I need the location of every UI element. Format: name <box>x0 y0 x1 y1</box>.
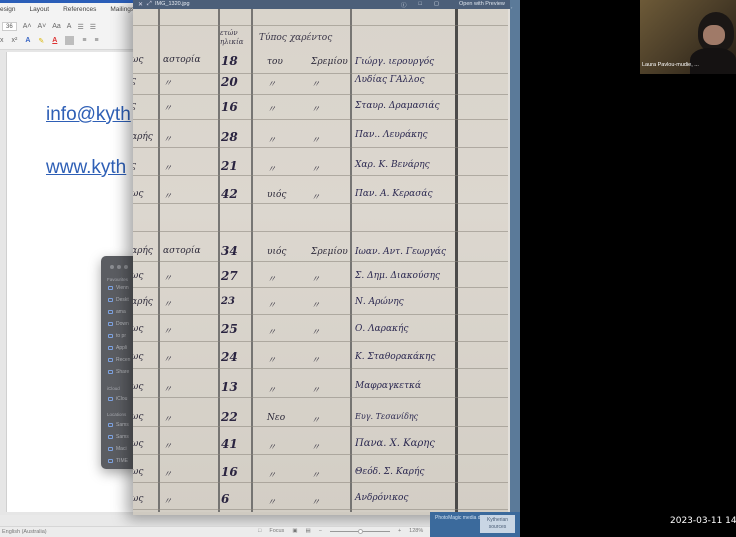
finder-item[interactable]: Appli <box>108 345 127 351</box>
align-right-icon[interactable]: ≡ <box>94 37 98 44</box>
row-divider <box>133 287 508 288</box>
finder-item[interactable]: Down <box>108 321 129 327</box>
finder-item[interactable]: Sams <box>108 434 129 440</box>
finder-item[interactable]: ama <box>108 309 126 315</box>
screen-share-view: esign Layout References Mailings Rev 36 … <box>0 0 736 537</box>
open-with-preview-button[interactable]: Open with Preview <box>459 1 505 7</box>
share-icon[interactable]: □ <box>419 1 422 9</box>
print-layout-icon[interactable]: ▣ <box>292 528 297 534</box>
fullscreen-icon[interactable]: ⤢ <box>147 1 152 8</box>
row-divider <box>133 94 508 95</box>
icloud-icon <box>108 397 113 401</box>
font-size-select[interactable]: 36 <box>2 22 17 31</box>
bullets-icon[interactable]: ☰ <box>77 23 83 31</box>
highlight-icon[interactable]: ✎ <box>38 37 44 45</box>
finder-section-icloud: iCloud <box>107 386 120 391</box>
finder-item[interactable]: iClou <box>108 396 127 402</box>
align-left-icon[interactable] <box>65 36 74 45</box>
close-icon[interactable]: ✕ <box>138 1 143 8</box>
row-divider <box>133 231 508 232</box>
minimize-dot-icon[interactable] <box>117 265 121 269</box>
relation-column-header: Τύπος χαρέντος <box>259 33 332 43</box>
finder-item[interactable]: Recen <box>108 357 130 363</box>
row-divider <box>133 341 508 342</box>
clear-formatting-icon[interactable]: A <box>67 23 72 30</box>
ribbon-format-row: x x² A ✎ A ≡ ≡ <box>0 36 99 45</box>
row-divider <box>133 314 508 315</box>
row-divider <box>133 175 508 176</box>
folder-icon <box>108 286 113 290</box>
participant-video-tile[interactable]: Laura Pavlou-mudie, ... <box>640 0 736 74</box>
close-dot-icon[interactable] <box>110 265 114 269</box>
website-link[interactable]: www.kyth <box>46 157 126 179</box>
row-divider <box>133 119 508 120</box>
row-divider <box>133 25 508 26</box>
recents-icon <box>108 358 113 362</box>
row-divider <box>133 147 508 148</box>
finder-section-favourites: Favourites <box>107 277 128 282</box>
drive-icon <box>108 459 113 463</box>
finder-item[interactable]: Maci <box>108 446 127 452</box>
kytherian-sources-button[interactable]: Kytherian sources <box>480 515 515 533</box>
zoom-out-button[interactable]: − <box>319 528 322 534</box>
row-divider <box>133 203 508 204</box>
row-divider <box>133 454 508 455</box>
zoom-slider[interactable] <box>330 531 390 532</box>
participant-body <box>690 48 736 74</box>
row-divider <box>133 397 508 398</box>
tab-layout[interactable]: Layout <box>30 6 50 18</box>
shared-screen: esign Layout References Mailings Rev 36 … <box>0 0 520 537</box>
strip-mark: › <box>511 5 512 10</box>
age-column-header: ετών ηλικία <box>220 29 250 47</box>
window-controls <box>110 265 128 269</box>
row-divider <box>133 482 508 483</box>
superscript-icon[interactable]: x² <box>12 37 18 44</box>
zoom-dot-icon[interactable] <box>124 265 128 269</box>
finder-item[interactable]: Sams <box>108 422 129 428</box>
info-icon[interactable]: ⓘ <box>401 1 407 9</box>
finder-item[interactable]: to pr <box>108 333 126 339</box>
downloads-icon <box>108 322 113 326</box>
font-color-icon[interactable]: A <box>52 37 57 44</box>
focus-icon[interactable]: □ <box>258 528 261 534</box>
row-divider <box>133 73 508 74</box>
change-case-icon[interactable]: Aa <box>52 23 61 30</box>
web-layout-icon[interactable]: ▤ <box>306 528 311 534</box>
right-scroll-strip[interactable]: › <box>510 0 520 515</box>
user-folder-icon <box>108 310 113 314</box>
desktop-shortcuts: PhotoMagic media data Kytherian sources <box>430 512 520 537</box>
row-divider <box>133 368 508 369</box>
finder-item[interactable]: Share <box>108 369 129 375</box>
preview-toolbar: ⓘ □ ▢ <box>401 1 439 9</box>
drive-icon <box>108 435 113 439</box>
applications-icon <box>108 346 113 350</box>
recording-timestamp: 2023-03-11 14:5 <box>670 516 736 526</box>
drive-icon <box>108 447 113 451</box>
finder-item[interactable]: Deskt <box>108 297 129 303</box>
row-divider <box>133 261 508 262</box>
row-divider <box>133 426 508 427</box>
titlebar-icons: ✕ ⤢ <box>138 1 152 8</box>
subscript-icon[interactable]: x <box>0 37 4 44</box>
preview-window: ✕ ⤢ IMG_1320.jpg ⓘ □ ▢ Open with Preview <box>133 0 518 515</box>
finder-section-locations: Locations <box>107 412 126 417</box>
tab-references[interactable]: References <box>63 6 96 18</box>
finder-item[interactable]: Vienn <box>108 285 129 291</box>
grow-font-icon[interactable]: A˄ <box>23 23 32 30</box>
preview-titlebar: ✕ ⤢ IMG_1320.jpg ⓘ □ ▢ Open with Preview <box>133 0 518 9</box>
markup-icon[interactable]: ▢ <box>434 1 439 9</box>
tab-mailings[interactable]: Mailings <box>110 6 134 18</box>
focus-button[interactable]: Focus <box>269 528 284 534</box>
desktop-icon <box>108 298 113 302</box>
text-effects-icon[interactable]: A <box>25 37 30 44</box>
preview-title: IMG_1320.jpg <box>155 1 190 7</box>
zoom-in-button[interactable]: + <box>398 528 401 534</box>
participant-name: Laura Pavlou-mudie, ... <box>642 62 699 68</box>
shrink-font-icon[interactable]: A˅ <box>37 23 46 30</box>
participant-face <box>703 25 725 45</box>
zoom-level: 128% <box>409 528 423 534</box>
align-center-icon[interactable]: ≡ <box>82 37 86 44</box>
ledger-image: ετών ηλικία Τύπος χαρέντος ως αστορία 18… <box>133 9 508 512</box>
shared-folder-icon <box>108 370 113 374</box>
row-divider <box>133 509 508 510</box>
numbering-icon[interactable]: ☰ <box>90 23 96 31</box>
language-indicator[interactable]: English (Australia) <box>2 529 47 535</box>
email-link[interactable]: info@kyth <box>46 104 131 126</box>
zoom-slider-knob[interactable] <box>358 529 363 534</box>
finder-item[interactable]: TIME <box>108 458 128 464</box>
folder-icon <box>108 334 113 338</box>
status-bar-controls: □ Focus ▣ ▤ − + 128% <box>258 528 423 534</box>
drive-icon <box>108 423 113 427</box>
ribbon-font-row: 36 A˄ A˅ Aa A ☰ ☰ <box>2 22 96 31</box>
tab-design[interactable]: esign <box>0 6 16 18</box>
